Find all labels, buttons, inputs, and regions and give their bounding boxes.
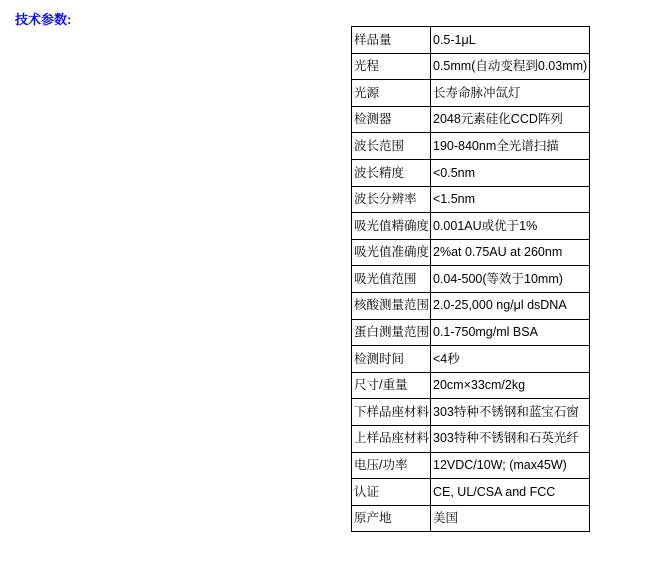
table-row: 波长分辨率<1.5nm xyxy=(352,186,590,213)
table-row: 原产地美国 xyxy=(352,505,590,532)
spec-label: 波长精度 xyxy=(352,159,431,186)
table-row: 光程0.5mm(自动变程到0.03mm) xyxy=(352,53,590,80)
spec-value: 303特种不锈钢和石英光纤 xyxy=(431,425,590,452)
spec-value: 20cm×33cm/2kg xyxy=(431,372,590,399)
table-row: 光源长寿命脉冲氙灯 xyxy=(352,80,590,107)
table-row: 蛋白测量范围0.1-750mg/ml BSA xyxy=(352,319,590,346)
spec-value: CE, UL/CSA and FCC xyxy=(431,479,590,506)
spec-value: 190-840nm全光谱扫描 xyxy=(431,133,590,160)
table-row: 上样品座材料303特种不锈钢和石英光纤 xyxy=(352,425,590,452)
table-row: 检测器2048元素硅化CCD阵列 xyxy=(352,106,590,133)
spec-label: 核酸测量范围 xyxy=(352,292,431,319)
spec-value: 长寿命脉冲氙灯 xyxy=(431,80,590,107)
spec-value: 0.1-750mg/ml BSA xyxy=(431,319,590,346)
spec-value: 0.04-500(等效于10mm) xyxy=(431,266,590,293)
table-row: 检测时间<4秒 xyxy=(352,346,590,373)
table-row: 吸光值准确度2%at 0.75AU at 260nm xyxy=(352,239,590,266)
spec-value: 0.5-1μL xyxy=(431,27,590,54)
table-row: 认证CE, UL/CSA and FCC xyxy=(352,479,590,506)
table-row: 吸光值范围0.04-500(等效于10mm) xyxy=(352,266,590,293)
spec-label: 光源 xyxy=(352,80,431,107)
spec-value: <1.5nm xyxy=(431,186,590,213)
spec-value: <4秒 xyxy=(431,346,590,373)
spec-value: 0.5mm(自动变程到0.03mm) xyxy=(431,53,590,80)
spec-label: 波长范围 xyxy=(352,133,431,160)
spec-label: 吸光值精确度 xyxy=(352,213,431,240)
table-row: 样品量0.5-1μL xyxy=(352,27,590,54)
spec-label: 下样品座材料 xyxy=(352,399,431,426)
page-title: 技术参数: xyxy=(15,9,71,28)
table-row: 波长范围190-840nm全光谱扫描 xyxy=(352,133,590,160)
spec-label: 认证 xyxy=(352,479,431,506)
spec-label: 检测器 xyxy=(352,106,431,133)
spec-label: 光程 xyxy=(352,53,431,80)
spec-value: 美国 xyxy=(431,505,590,532)
spec-value: 0.001AU或优于1% xyxy=(431,213,590,240)
spec-value: 303特种不锈钢和蓝宝石窗 xyxy=(431,399,590,426)
spec-label: 吸光值准确度 xyxy=(352,239,431,266)
spec-label: 电压/功率 xyxy=(352,452,431,479)
spec-label: 样品量 xyxy=(352,27,431,54)
spec-value: 2.0-25,000 ng/μl dsDNA xyxy=(431,292,590,319)
spec-table: 样品量0.5-1μL光程0.5mm(自动变程到0.03mm)光源长寿命脉冲氙灯检… xyxy=(351,26,590,532)
table-row: 吸光值精确度0.001AU或优于1% xyxy=(352,213,590,240)
spec-label: 检测时间 xyxy=(352,346,431,373)
table-row: 尺寸/重量20cm×33cm/2kg xyxy=(352,372,590,399)
spec-value: 12VDC/10W; (max45W) xyxy=(431,452,590,479)
spec-label: 波长分辨率 xyxy=(352,186,431,213)
spec-value: 2048元素硅化CCD阵列 xyxy=(431,106,590,133)
table-row: 电压/功率12VDC/10W; (max45W) xyxy=(352,452,590,479)
table-row: 下样品座材料303特种不锈钢和蓝宝石窗 xyxy=(352,399,590,426)
spec-label: 上样品座材料 xyxy=(352,425,431,452)
page: 技术参数: 样品量0.5-1μL光程0.5mm(自动变程到0.03mm)光源长寿… xyxy=(0,0,662,561)
spec-label: 吸光值范围 xyxy=(352,266,431,293)
spec-value: <0.5nm xyxy=(431,159,590,186)
spec-label: 原产地 xyxy=(352,505,431,532)
spec-label: 尺寸/重量 xyxy=(352,372,431,399)
spec-label: 蛋白测量范围 xyxy=(352,319,431,346)
spec-value: 2%at 0.75AU at 260nm xyxy=(431,239,590,266)
spec-table-body: 样品量0.5-1μL光程0.5mm(自动变程到0.03mm)光源长寿命脉冲氙灯检… xyxy=(352,27,590,532)
table-row: 核酸测量范围2.0-25,000 ng/μl dsDNA xyxy=(352,292,590,319)
table-row: 波长精度<0.5nm xyxy=(352,159,590,186)
